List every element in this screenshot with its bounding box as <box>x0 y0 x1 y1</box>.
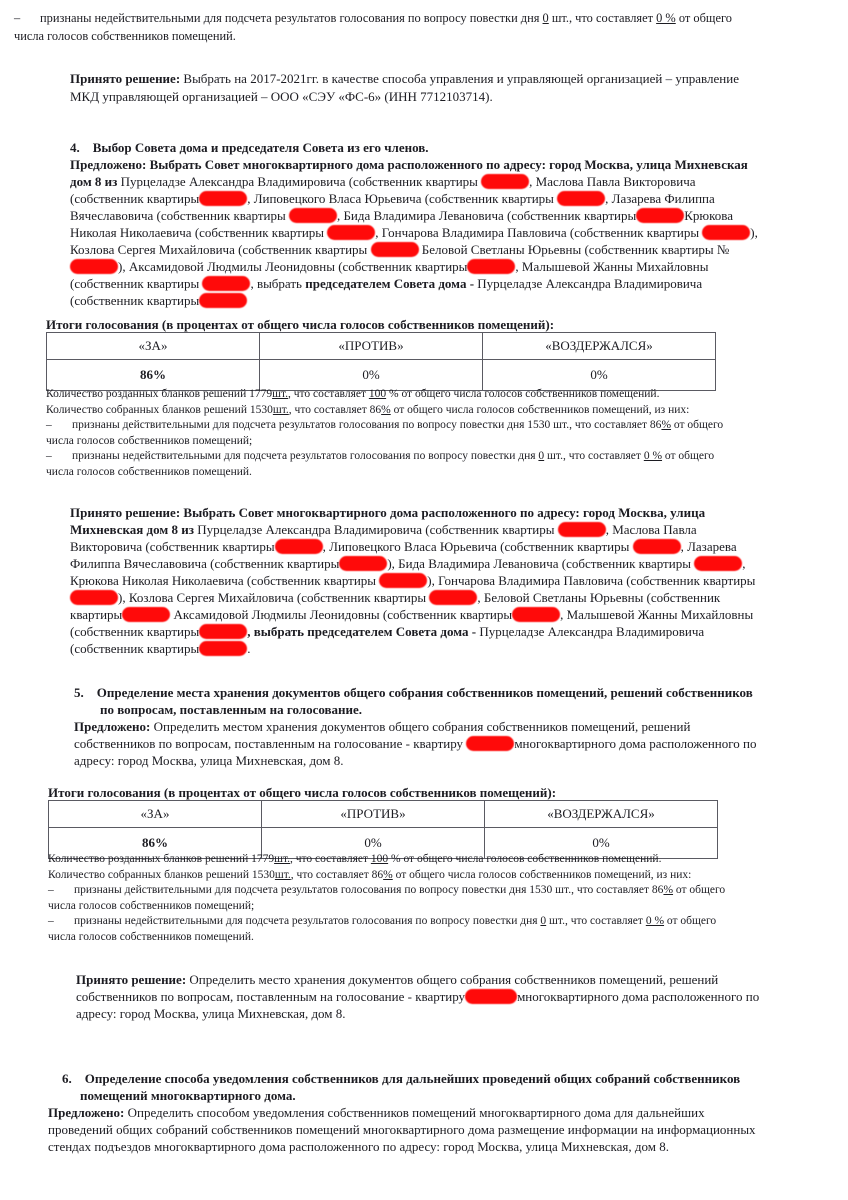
section-5-decision: Принято решение: Определить место хранен… <box>76 971 718 988</box>
header-abstain: «ВОЗДЕРЖАЛСЯ» <box>485 801 718 828</box>
stats-line: Количество собранных бланков решений 153… <box>46 403 723 419</box>
value-against: 0% <box>260 360 483 391</box>
redacted-apartment <box>339 556 387 571</box>
section-6-title: 6. Определение способа уведомления собст… <box>62 1070 740 1087</box>
section-4-decision: Принято решение: Выбрать Совет многоквар… <box>70 504 705 521</box>
section-4-member-list: дом 8 из Пурцеладзе Александра Владимиро… <box>70 173 758 309</box>
header-for: «ЗА» <box>47 333 260 360</box>
stats-line: –признаны действительными для подсчета р… <box>48 883 725 899</box>
redacted-apartment <box>694 556 742 571</box>
section-5-decision-3: адресу: город Москва, улица Михневская, … <box>76 1005 346 1022</box>
value-abstain: 0% <box>483 360 716 391</box>
redacted-apartment <box>702 225 750 240</box>
stats-line: Количество розданных бланков решений 177… <box>48 852 725 868</box>
stats-line: числа голосов собственников помещений; <box>46 434 723 450</box>
redacted-apartment <box>122 607 170 622</box>
redacted-apartment <box>70 590 118 605</box>
text-line: (собственник квартиры, Липовецкого Власа… <box>70 190 758 207</box>
section-5-ballot-stats: Количество розданных бланков решений 177… <box>48 852 725 945</box>
redacted-apartment <box>557 191 605 206</box>
redacted-apartment <box>481 174 529 189</box>
text-line: ), Аксамидовой Людмилы Леонидовны (собст… <box>70 258 758 275</box>
redacted-apartment <box>512 607 560 622</box>
redacted-apartment <box>199 641 247 656</box>
section-5-vote-table: «ЗА» «ПРОТИВ» «ВОЗДЕРЖАЛСЯ» 86% 0% 0% <box>48 800 718 859</box>
redacted-apartment <box>466 736 514 751</box>
redacted-apartment <box>379 573 427 588</box>
text-line: Николая Николаевича (собственник квартир… <box>70 224 758 241</box>
invalid-ballots-line: –признаны недействительными для подсчета… <box>14 10 732 27</box>
text-line: Вячеславовича (собственник квартиры , Би… <box>70 207 758 224</box>
section-4-ballot-stats: Количество розданных бланков решений 177… <box>46 387 723 480</box>
section-6-title-2: помещений многоквартирного дома. <box>80 1087 296 1104</box>
section-4-proposed: Предложено: Выбрать Совет многоквартирно… <box>70 156 748 173</box>
section-4-vote-table: «ЗА» «ПРОТИВ» «ВОЗДЕРЖАЛСЯ» 86% 0% 0% <box>46 332 716 391</box>
stats-line: –признаны действительными для подсчета р… <box>46 418 723 434</box>
text-line: (собственник квартиры <box>70 292 758 309</box>
value-for: 86% <box>47 360 260 391</box>
stats-line: –признаны недействительными для подсчета… <box>48 914 725 930</box>
redacted-apartment <box>199 293 247 308</box>
section-5-proposed-3: адресу: город Москва, улица Михневская, … <box>74 752 344 769</box>
stats-line: Количество собранных бланков решений 153… <box>48 868 725 884</box>
redacted-apartment <box>70 259 118 274</box>
redacted-apartment <box>289 208 337 223</box>
header-abstain: «ВОЗДЕРЖАЛСЯ» <box>483 333 716 360</box>
text-line: квартиры Аксамидовой Людмилы Леонидовны … <box>70 606 755 623</box>
redacted-apartment <box>199 191 247 206</box>
redacted-apartment <box>636 208 684 223</box>
redacted-apartment <box>633 539 681 554</box>
section-5-title: 5. Определение места хранения документов… <box>74 684 753 701</box>
section-5-title-2: по вопросам, поставленным на голосование… <box>100 701 362 718</box>
redacted-apartment <box>558 522 606 537</box>
text-line: ), Козлова Сергея Михайловича (собственн… <box>70 589 755 606</box>
redacted-apartment <box>371 242 419 257</box>
redacted-apartment <box>202 276 250 291</box>
stats-line: –признаны недействительными для подсчета… <box>46 449 723 465</box>
stats-line: числа голосов собственников помещений; <box>48 899 725 915</box>
section-6-proposed: Предложено: Определить способом уведомле… <box>48 1104 705 1121</box>
text-line: Филиппа Вячеславовича (собственник кварт… <box>70 555 755 572</box>
text-line: Викторовича (собственник квартиры, Липов… <box>70 538 755 555</box>
redacted-apartment <box>429 590 477 605</box>
section-5-proposed-2: собственников по вопросам, поставленным … <box>74 735 756 752</box>
text-line: Михневская дом 8 из Пурцеладзе Александр… <box>70 521 755 538</box>
section-4-results-title: Итоги голосования (в процентах от общего… <box>46 316 554 333</box>
text-line: (собственник квартиры , выбрать председа… <box>70 275 758 292</box>
section-5-decision-2: собственников по вопросам, поставленным … <box>76 988 759 1005</box>
redacted-apartment <box>465 989 517 1004</box>
redacted-apartment <box>275 539 323 554</box>
decision-3: Принято решение: Выбрать на 2017-2021гг.… <box>70 70 739 87</box>
redacted-apartment <box>467 259 515 274</box>
text-line: (собственник квартиры. <box>70 640 755 657</box>
text-line: Козлова Сергея Михайловича (собственник … <box>70 241 758 258</box>
decision-3-line-2: МКД управляющей организацией – ООО «СЭУ … <box>70 88 493 105</box>
header-against: «ПРОТИВ» <box>262 801 485 828</box>
section-4-title: 4. Выбор Совета дома и председателя Сове… <box>70 139 429 156</box>
header-for: «ЗА» <box>49 801 262 828</box>
stats-line: Количество розданных бланков решений 177… <box>46 387 723 403</box>
section-5-results-title: Итоги голосования (в процентах от общего… <box>48 784 556 801</box>
redacted-apartment <box>327 225 375 240</box>
section-5-proposed: Предложено: Определить местом хранения д… <box>74 718 690 735</box>
stats-line: числа голосов собственников помещений. <box>48 930 725 946</box>
section-6-proposed-2: проведений общих собраний собственников … <box>48 1121 756 1138</box>
header-against: «ПРОТИВ» <box>260 333 483 360</box>
section-6-proposed-3: стендах подъездов многоквартирного дома … <box>48 1138 669 1155</box>
invalid-ballots-line-2: числа голосов собственников помещений. <box>14 28 236 45</box>
section-4-decision-list: Михневская дом 8 из Пурцеладзе Александр… <box>70 521 755 657</box>
redacted-apartment <box>199 624 247 639</box>
text-line: Крюкова Николая Николаевича (собственник… <box>70 572 755 589</box>
stats-line: числа голосов собственников помещений. <box>46 465 723 481</box>
text-line: (собственник квартиры, выбрать председат… <box>70 623 755 640</box>
text-line: дом 8 из Пурцеладзе Александра Владимиро… <box>70 173 758 190</box>
